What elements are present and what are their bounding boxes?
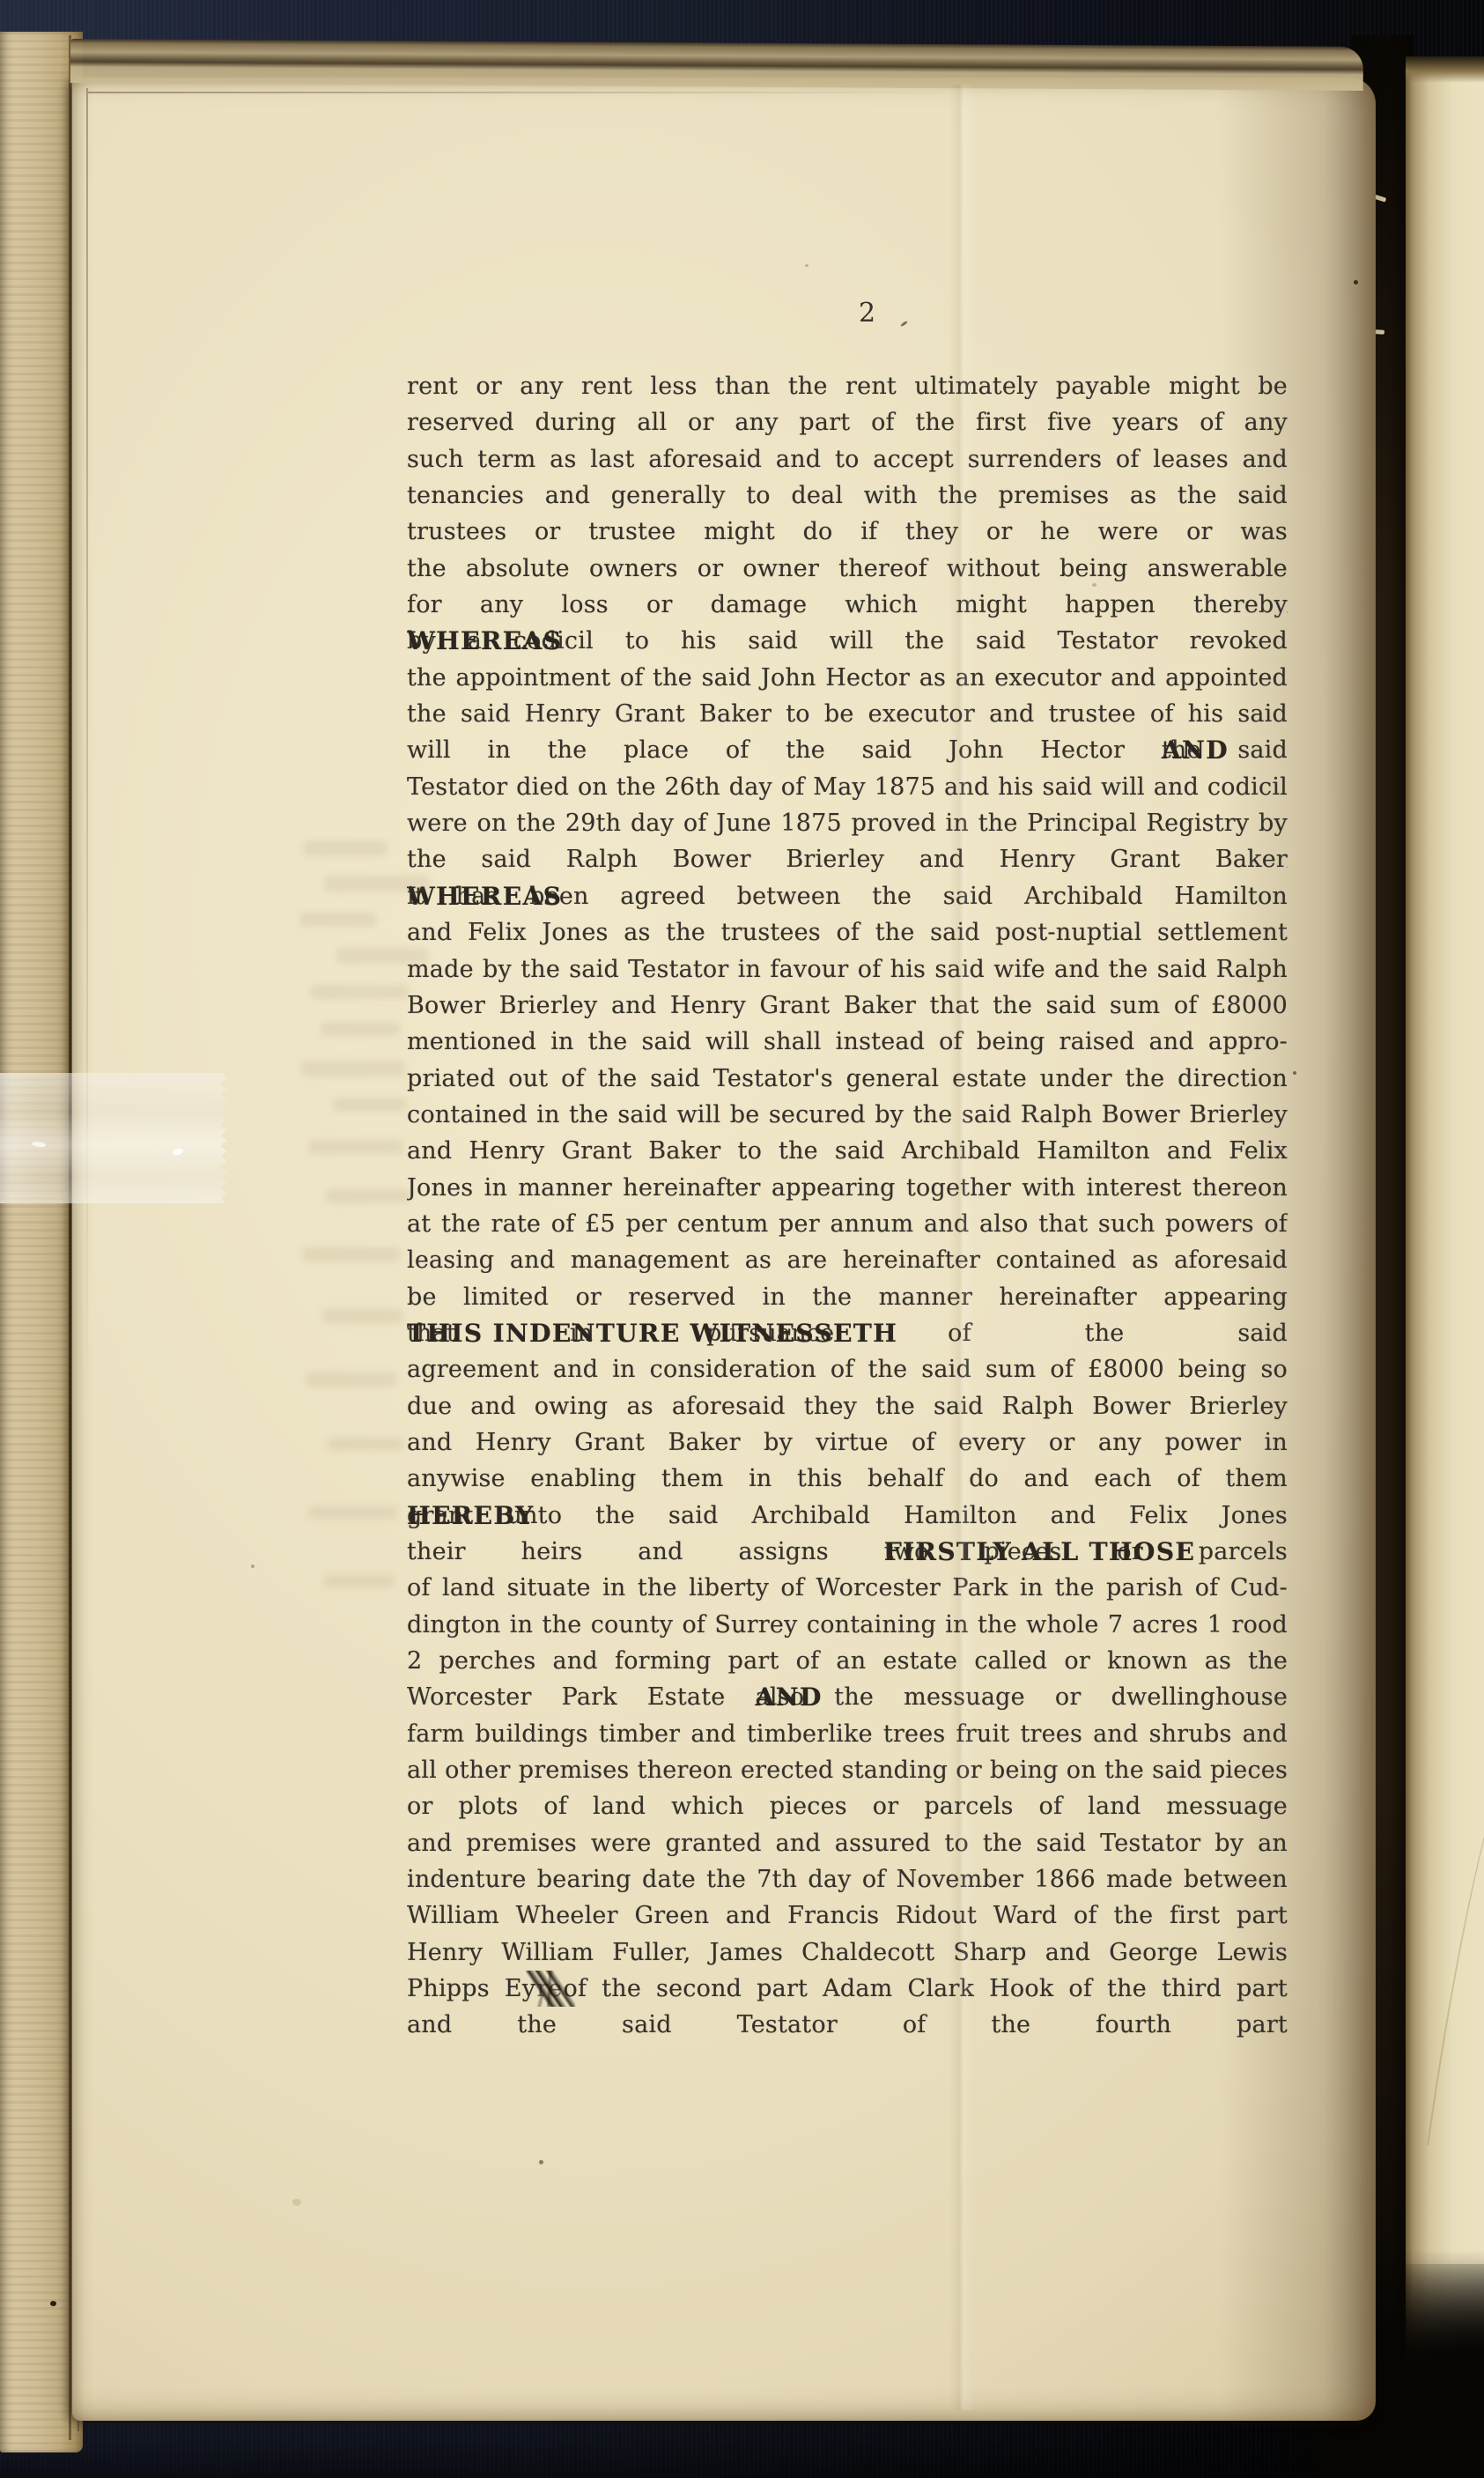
- tape-glint: [172, 1147, 184, 1157]
- showthrough-smudge: [303, 1247, 400, 1261]
- fore-edge-line: [69, 35, 71, 2440]
- paper-speck: [805, 264, 808, 267]
- tape: [0, 1073, 240, 1203]
- text-line: all other premises thereon erected stand…: [407, 1752, 1288, 1788]
- text-line: William Wheeler Green and Francis Ridout…: [407, 1897, 1288, 1934]
- showthrough-smudge: [328, 1438, 403, 1450]
- text-line: for any loss or damage which might happe…: [407, 587, 1288, 623]
- text-line: Bower Brierley and Henry Grant Baker tha…: [407, 988, 1288, 1024]
- text-line: Phipps Eyreof the second part Adam Clark…: [407, 1971, 1288, 2007]
- showthrough-smudge: [326, 1189, 410, 1203]
- text-line: reserved during all or any part of the f…: [407, 404, 1288, 440]
- text-line: Henry William Fuller, James Chaldecott S…: [407, 1934, 1288, 1971]
- text-line: indenture bearing date the 7th day of No…: [407, 1861, 1288, 1897]
- showthrough-smudge: [322, 1309, 403, 1323]
- page-fold-line-left: [86, 88, 88, 1409]
- book-photo: 2 rent or any rent less than the rent ul…: [0, 0, 1484, 2478]
- paper-speck: [251, 1564, 255, 1568]
- text-line: farm buildings timber and timberlike tre…: [407, 1716, 1288, 1752]
- text-line: HEREBY grant unto the said Archibald Ham…: [407, 1498, 1288, 1534]
- text-line: the said Henry Grant Baker to be executo…: [407, 696, 1288, 732]
- text-line: anywise enabling them in this behalf do …: [407, 1461, 1288, 1497]
- text-line: be limited or reserved in the manner her…: [407, 1279, 1288, 1315]
- paper-speck: [539, 2160, 543, 2164]
- text-line: their heirs and assigns FIRSTLY ALL THOS…: [407, 1534, 1288, 1570]
- page-number: 2: [407, 298, 1288, 329]
- showthrough-smudge: [299, 913, 377, 927]
- showthrough-smudge: [324, 1575, 395, 1587]
- text-line: WHEREAS it has been agreed between the s…: [407, 878, 1288, 914]
- text-line: and premises were granted and assured to…: [407, 1825, 1288, 1861]
- text-line: trustees or trustee might do if they or …: [407, 514, 1288, 550]
- text-line: 2 perches and forming part of an estate …: [407, 1643, 1288, 1679]
- text-line: due and owing as aforesaid they the said…: [407, 1388, 1288, 1424]
- text-line: of land situate in the liberty of Worces…: [407, 1570, 1288, 1606]
- text-line: the appointment of the said John Hector …: [407, 660, 1288, 696]
- text-line: agreement and in consideration of the sa…: [407, 1351, 1288, 1387]
- text-line: were on the 29th day of June 1875 proved…: [407, 805, 1288, 841]
- text-line: will in the place of the said John Hecto…: [407, 732, 1288, 768]
- text-line: and Felix Jones as the trustees of the s…: [407, 914, 1288, 951]
- paper-speck: [1354, 280, 1358, 285]
- text-line: at the rate of £5 per centum per annum a…: [407, 1206, 1288, 1242]
- paper-speck: [292, 2199, 301, 2206]
- text-line: and Henry Grant Baker to the said Archib…: [407, 1133, 1288, 1169]
- ink-blot: re: [536, 1971, 562, 2007]
- tape-glint: [32, 1141, 47, 1148]
- showthrough-smudge: [336, 948, 428, 964]
- showthrough-smudge: [308, 1506, 396, 1519]
- paper-speck: [1092, 583, 1096, 587]
- page-crease: [949, 85, 974, 2410]
- text-line: rent or any rent less than the rent ulti…: [407, 368, 1288, 404]
- text-line: and Henry Grant Baker by virtue of every…: [407, 1424, 1288, 1461]
- page: 2 rent or any rent less than the rent ul…: [72, 78, 1376, 2421]
- text-line: THIS INDENTURE WITNESSETH that in pursua…: [407, 1315, 1288, 1351]
- showthrough-smudge: [333, 1098, 407, 1112]
- text-line: such term as last aforesaid and to accep…: [407, 441, 1288, 477]
- text-line: WHEREAS by a codicil to his said will th…: [407, 623, 1288, 659]
- text-line: Worcester Park Estate AND also the messu…: [407, 1679, 1288, 1715]
- text-line: made by the said Testator in favour of h…: [407, 951, 1288, 988]
- page-top-edge: [70, 39, 1363, 91]
- showthrough-smudge: [310, 985, 409, 999]
- showthrough-smudge: [301, 1061, 405, 1076]
- page-fold-line-top: [88, 92, 951, 93]
- text-line: Jones in manner hereinafter appearing to…: [407, 1170, 1288, 1206]
- showthrough-smudge: [321, 1022, 400, 1036]
- text-line: the said Ralph Bower Brierley and Henry …: [407, 841, 1288, 877]
- text-line: priated out of the said Testator's gener…: [407, 1061, 1288, 1097]
- showthrough-smudge: [324, 876, 430, 891]
- showthrough-smudge: [306, 1372, 396, 1387]
- text-line: tenancies and generally to deal with the…: [407, 477, 1288, 514]
- text-line: contained in the said will be secured by…: [407, 1097, 1288, 1133]
- paper-speck: [1293, 1071, 1296, 1075]
- text-line: or plots of land which pieces or parcels…: [407, 1788, 1288, 1824]
- text-line: and the said Testator of the fourth part…: [407, 2007, 1288, 2043]
- showthrough-smudge: [308, 1140, 403, 1154]
- showthrough-smudge: [303, 840, 388, 856]
- text-line: dington in the county of Surrey containi…: [407, 1607, 1288, 1643]
- text-line: mentioned in the said will shall instead…: [407, 1024, 1288, 1060]
- text-line: leasing and management as are hereinafte…: [407, 1242, 1288, 1278]
- text-line: the absolute owners or owner thereof wit…: [407, 551, 1288, 587]
- paper-speck: [50, 2301, 56, 2306]
- text-line: Testator died on the 26th day of May 187…: [407, 769, 1288, 805]
- body-text: rent or any rent less than the rent ulti…: [407, 368, 1288, 2044]
